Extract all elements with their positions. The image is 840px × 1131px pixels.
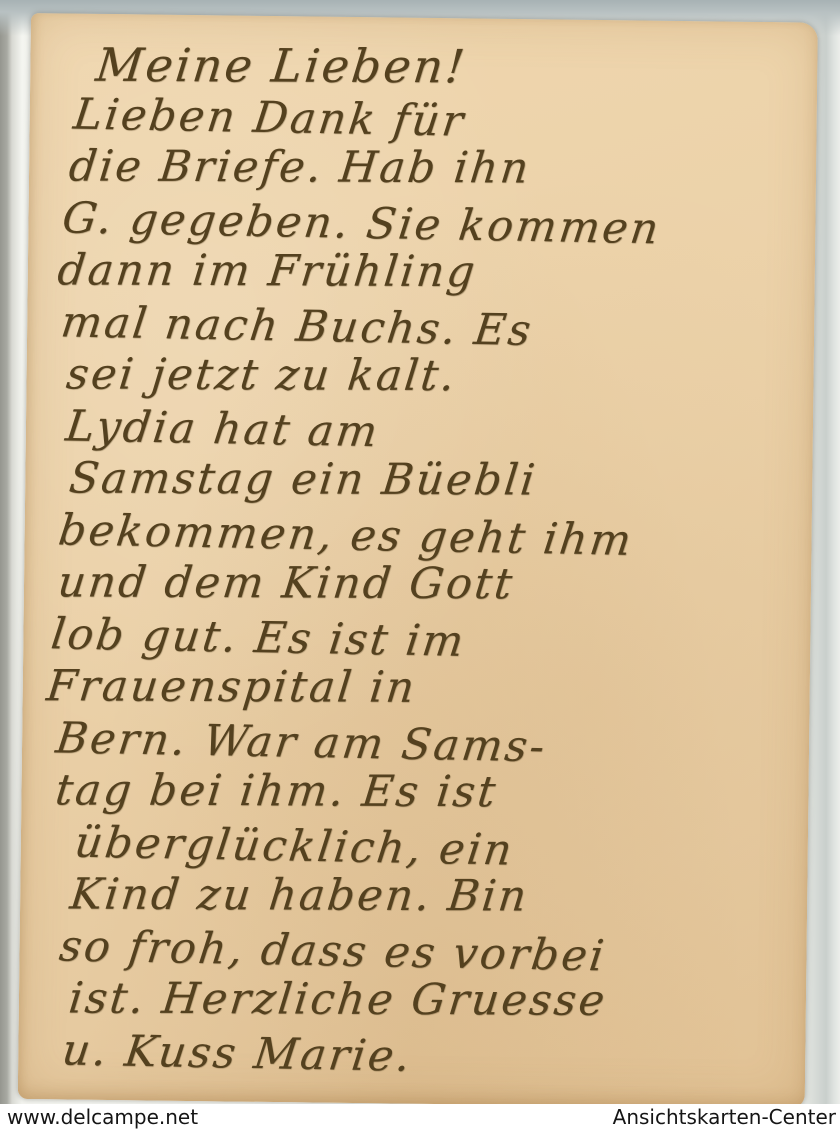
handwriting-line: u. Kuss Marie.: [59, 1026, 808, 1092]
handwriting-line: tag bei ihm. Es ist: [53, 765, 812, 820]
postcard: Meine Lieben! Lieben Dank für die Briefe…: [18, 13, 818, 1109]
postcard-scan-image: Meine Lieben! Lieben Dank für die Briefe…: [0, 0, 840, 1131]
handwriting-line: die Briefe. Hab ihn: [66, 141, 819, 196]
watermark-left: www.delcampe.net: [7, 1105, 198, 1129]
handwriting-line: Kind zu haben. Bin: [67, 870, 810, 925]
handwriting-line: Meine Lieben!: [94, 38, 821, 93]
handwritten-letter: Meine Lieben! Lieben Dank für die Briefe…: [18, 37, 818, 1087]
watermark-right: Ansichtskarten-Center: [613, 1105, 836, 1129]
handwriting-line: Frauenspital in: [44, 661, 813, 716]
handwriting-line: sei jetzt zu kalt.: [64, 349, 817, 404]
watermark-bar: www.delcampe.net Ansichtskarten-Center: [0, 1104, 840, 1131]
handwriting-line: Samstag ein Büebli: [66, 454, 815, 509]
handwriting-line: ist. Herzliche Gruesse: [66, 974, 809, 1029]
handwriting-line: und dem Kind Gott: [55, 557, 814, 612]
handwriting-line: dann im Frühling: [55, 245, 818, 300]
